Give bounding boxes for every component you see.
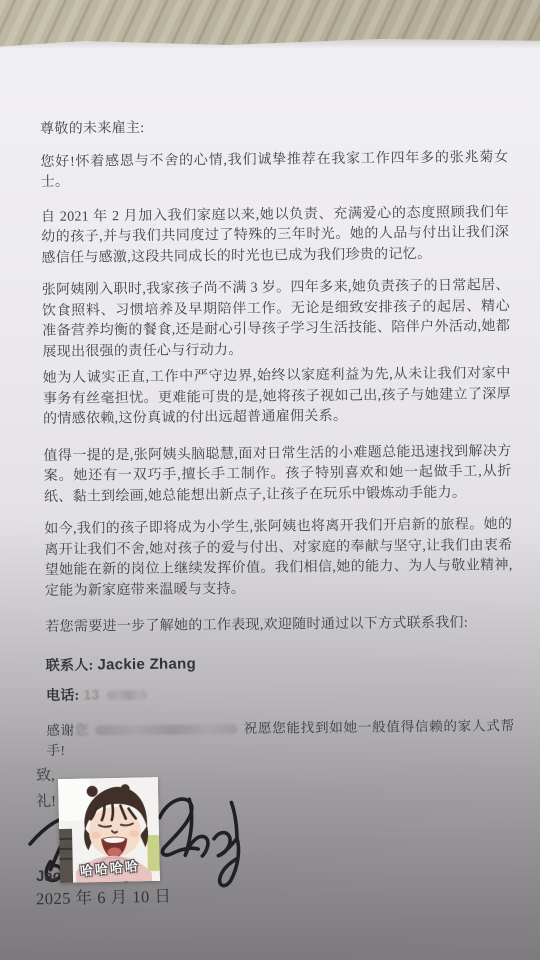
salutation: 尊敬的未来雇主: xyxy=(40,115,508,140)
phone-line: 电话: 13 xyxy=(46,679,514,708)
phone-label: 电话: xyxy=(46,688,80,703)
paragraph-cleverness: 值得一提的是,张阿姨头脑聪慧,面对日常生活的小难题总能迅速找到解决方案。她还有一… xyxy=(43,442,512,508)
paragraph-farewell: 如今,我们的孩子即将成为小学生,张阿姨也将离开我们开启新的旅程。她的离开让我们不… xyxy=(44,515,513,602)
closing-zhi: 致, xyxy=(36,764,55,785)
paragraph-joining-family: 自 2021 年 2 月加入我们家庭以来,她以负责、充满爱心的态度照顾我们年幼的… xyxy=(41,203,510,269)
thanks-faded-char: 您 xyxy=(75,722,89,737)
letter-date: 2025 年 6 月 10 日 xyxy=(36,883,172,910)
paragraph-duties: 张阿姨刚入职时,我家孩子尚不满 3 岁。四年多来,她负责孩子的日常起居、饮食照料… xyxy=(42,276,511,363)
thanks-line: 感谢您祝愿您能找到如她一般值得信赖的家人式帮手! xyxy=(46,716,514,762)
thanks-start: 感谢 xyxy=(46,722,75,737)
erased-text-smudge xyxy=(95,723,237,734)
contact-name-label: 联系人: xyxy=(46,658,94,674)
child-photo-sticker: 哈哈哈哈 xyxy=(58,777,160,883)
contact-name-line: 联系人: Jackie Zhang xyxy=(46,650,514,678)
photographed-letter-scene: 尊敬的未来雇主: 您好!怀着感恩与不舍的心情,我们诚挚推荐在我家工作四年多的张兆… xyxy=(0,0,540,960)
erased-phone-number xyxy=(107,689,147,699)
letter-body: 尊敬的未来雇主: 您好!怀着感恩与不舍的心情,我们诚挚推荐在我家工作四年多的张兆… xyxy=(40,115,515,773)
greeting-paragraph: 您好!怀着感恩与不舍的心情,我们诚挚推荐在我家工作四年多的张兆菊女士。 xyxy=(40,148,508,194)
contact-intro: 若您需要进一步了解她的工作表现,欢迎随时通过以下方式联系我们: xyxy=(45,613,513,638)
phone-number-faint: 13 xyxy=(83,686,99,702)
paragraph-integrity: 她为人诚实正直,工作中严守边界,始终以家庭利益为先,从未让我们对家中事务有丝毫担… xyxy=(43,364,512,430)
thanks-end: 祝愿您能找到如她一般值得信赖的家人式帮手! xyxy=(47,718,515,758)
contact-name: Jackie Zhang xyxy=(97,655,196,673)
